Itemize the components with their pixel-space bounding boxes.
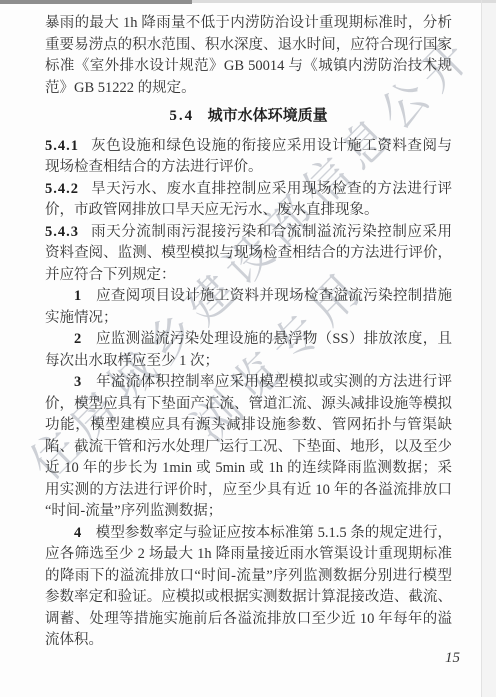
clause-5-4-3-item-3: 3年溢流体积控制率应采用模型模拟或实测的方法进行评价，模型应具有下垫面产汇流、管… — [45, 372, 452, 523]
item-number: 4 — [74, 525, 81, 541]
page-body: 暴雨的最大 1h 降雨量不低于内涝防治设计重现期标准时，分析重要易涝点的积水范围… — [45, 13, 452, 652]
clause-5-4-3-item-4: 4模型参数率定与验证应按本标准第 5.1.5 条的规定进行，应各筛选至少 2 场… — [45, 523, 452, 652]
section-heading: 5.4城市水体环境质量 — [45, 106, 452, 128]
page-number: 15 — [445, 650, 460, 667]
clause-5-4-3-item-1: 1应查阅项目设计施工资料并现场检查溢流污染控制措施实施情况； — [45, 286, 452, 329]
item-text: 应查阅项目设计施工资料并现场检查溢流污染控制措施实施情况； — [45, 288, 452, 326]
clause-text: 旱天污水、废水直排控制应采用现场检查的方法进行评价，市政管网排放口旱天应无污水、… — [45, 181, 452, 219]
clause-5-4-3-item-2: 2应监测溢流污染处理设施的悬浮物（SS）排放浓度，且每次出水取样应至少 1 次； — [45, 329, 452, 372]
clause-number: 5.4.1 — [45, 138, 79, 154]
clause-5-4-3: 5.4.3雨天分流制雨污混接污染和合流制溢流污染控制应采用资料查阅、监测、模型模… — [45, 222, 452, 287]
clause-number: 5.4.3 — [45, 224, 79, 240]
item-number: 2 — [74, 331, 81, 347]
scan-right-strip — [482, 0, 496, 697]
item-text: 模型参数率定与验证应按本标准第 5.1.5 条的规定进行，应各筛选至少 2 场最… — [45, 525, 452, 649]
scan-top-edge-dark-segment — [0, 0, 192, 4]
section-number: 5.4 — [169, 108, 194, 124]
clause-text: 灰色设施和绿色设施的衔接应采用设计施工资料查阅与现场检查相结合的方法进行评价。 — [45, 138, 452, 176]
item-text: 应监测溢流污染处理设施的悬浮物（SS）排放浓度，且每次出水取样应至少 1 次； — [45, 331, 452, 369]
item-number: 1 — [74, 288, 81, 304]
clause-5-4-1: 5.4.1灰色设施和绿色设施的衔接应采用设计施工资料查阅与现场检查相结合的方法进… — [45, 136, 452, 179]
continuation-paragraph: 暴雨的最大 1h 降雨量不低于内涝防治设计重现期标准时，分析重要易涝点的积水范围… — [45, 13, 452, 99]
section-title: 城市水体环境质量 — [208, 108, 328, 124]
clause-5-4-2: 5.4.2旱天污水、废水直排控制应采用现场检查的方法进行评价，市政管网排放口旱天… — [45, 179, 452, 222]
clause-text: 雨天分流制雨污混接污染和合流制溢流污染控制应采用资料查阅、监测、模型模拟与现场检… — [45, 224, 452, 283]
clause-number: 5.4.2 — [45, 181, 79, 197]
item-text: 年溢流体积控制率应采用模型模拟或实测的方法进行评价，模型应具有下垫面产汇流、管道… — [45, 374, 452, 519]
scan-right-seam — [481, 0, 482, 697]
item-number: 3 — [74, 374, 81, 390]
document-page: 住房城乡建设部信息公开 浏览专用 暴雨的最大 1h 降雨量不低于内涝防治设计重现… — [0, 0, 496, 697]
